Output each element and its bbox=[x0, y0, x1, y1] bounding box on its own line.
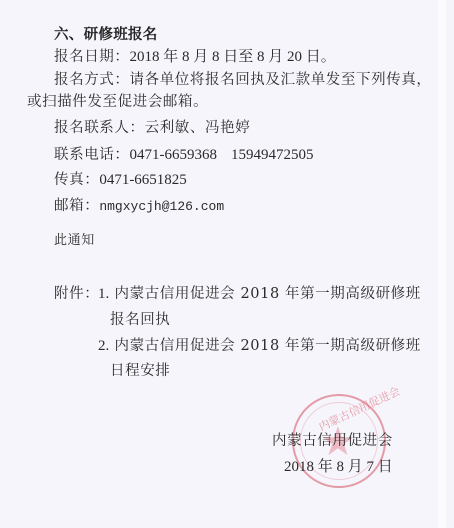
email: 邮箱：nmgxycjh@126.com bbox=[54, 197, 224, 216]
attachments-label: 附件： bbox=[54, 285, 99, 303]
attachment-item-1: 1. 内蒙古信用促进会 2018 年第一期高级研修班 bbox=[98, 285, 421, 303]
attachment-2-number: 2. bbox=[98, 338, 109, 354]
notice-closing: 此通知 bbox=[54, 232, 95, 250]
phone-value-1: 0471-6659368 bbox=[130, 147, 218, 163]
page-edge bbox=[438, 0, 446, 528]
contacts: 报名联系人：云利敏、冯艳婷 bbox=[54, 119, 250, 137]
registration-method-line1: 请各单位将报名回执及汇款单发至下列传真， bbox=[130, 72, 432, 88]
registration-method: 报名方式：请各单位将报名回执及汇款单发至下列传真， bbox=[54, 71, 432, 89]
attachment-2-title: 内蒙古信用促进会 2018 年第一期高级研修班 bbox=[114, 338, 420, 354]
email-value: nmgxycjh@126.com bbox=[99, 199, 224, 214]
phone-label: 联系电话： bbox=[54, 147, 130, 163]
fax-label: 传真： bbox=[54, 172, 99, 188]
attachment-2-line2: 日程安排 bbox=[110, 362, 170, 380]
fax: 传真：0471-6651825 bbox=[54, 171, 187, 189]
section-heading: 六、研修班报名 bbox=[54, 26, 158, 44]
registration-date: 报名日期：2018 年 8 月 8 日至 8 月 20 日。 bbox=[54, 48, 336, 66]
attachment-item-2: 2. 内蒙古信用促进会 2018 年第一期高级研修班 bbox=[98, 337, 421, 355]
attachment-1-title: 内蒙古信用促进会 2018 年第一期高级研修班 bbox=[114, 286, 420, 302]
registration-method-line2: 或扫描件发至促进会邮箱。 bbox=[27, 93, 208, 111]
phone: 联系电话：0471-665936815949472505 bbox=[54, 146, 314, 164]
document-page: 六、研修班报名 报名日期：2018 年 8 月 8 日至 8 月 20 日。 报… bbox=[0, 0, 446, 528]
attachment-1-line2: 报名回执 bbox=[110, 311, 170, 329]
signature-organization: 内蒙古信用促进会 bbox=[272, 432, 393, 450]
registration-date-value: 2018 年 8 月 8 日至 8 月 20 日。 bbox=[130, 49, 336, 65]
phone-value-2: 15949472505 bbox=[231, 147, 314, 163]
attachment-1-number: 1. bbox=[98, 286, 109, 302]
fax-value: 0471-6651825 bbox=[99, 172, 187, 188]
registration-date-label: 报名日期： bbox=[54, 49, 130, 65]
registration-method-label: 报名方式： bbox=[54, 72, 130, 88]
signature-date: 2018 年 8 月 7 日 bbox=[284, 458, 393, 476]
contacts-label: 报名联系人： bbox=[54, 120, 145, 136]
email-label: 邮箱： bbox=[54, 198, 99, 214]
contacts-value: 云利敏、冯艳婷 bbox=[145, 120, 251, 136]
